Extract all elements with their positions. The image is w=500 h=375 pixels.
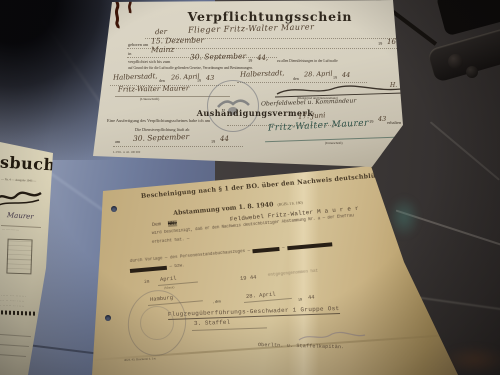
doc1-obligation-year-prefix: 19: [248, 58, 252, 63]
doc2-year: 44: [308, 293, 315, 301]
doc2-proof-pre: durch Vorlage — des Personenstandsbuchau…: [130, 249, 251, 263]
doc1-signature3-label: (Unterschrift): [325, 141, 343, 145]
doc2-redacted-text: XXXXXXXXXXXXXXXXX: [287, 242, 332, 250]
doc1-in-value: Mainz: [151, 45, 174, 54]
doc1-form-footer: L 2351. 4. 42. 100 000: [113, 150, 140, 154]
photo-of-documents: sbuch — Nr. 4 — Ausgabe 1943 — Maurer ··…: [0, 0, 500, 375]
doc1-den1: den: [159, 78, 165, 83]
doc2-dem-label: Dem: [152, 221, 162, 228]
doc1-small-print: auf Grund der für die Luftwaffe geltende…: [128, 66, 253, 70]
marble-vein: [430, 121, 500, 180]
doc1-obligation-tail: zu allen Dienstleistungen in der Luftwaf…: [277, 59, 338, 63]
doc1-born-year: 16: [387, 38, 396, 46]
booklet-title: sbuch: [0, 153, 56, 175]
doc2-redacted-text: XXXXXXXXXXXXXX: [130, 266, 167, 273]
doc1-place2: Halberstadt,: [240, 69, 285, 79]
doc2-proof-line1: durch Vorlage — des Personenstandsbuchau…: [130, 242, 332, 264]
doc1-obligation-value: 30. September: [190, 52, 246, 62]
doc2-redacted-text: XXXXXXXXXX: [252, 247, 279, 253]
doc2-den-label: , den: [213, 298, 221, 304]
doc1-expiry-year: 44: [220, 135, 229, 143]
eagle-stamp-inner: [140, 306, 174, 340]
doc1-expiry-year-prefix: 19: [211, 139, 215, 144]
booklet-barcode-row: [0, 310, 37, 315]
doc1-year2-prefix: 19: [333, 75, 337, 80]
doc1-expiry-date: 30. September: [133, 132, 189, 143]
doc2-title-reference: (RGBl. I S. 180): [277, 201, 302, 207]
doc2-proof-line2: XXXXXXXXXXXXXX — bzw.: [130, 264, 185, 273]
doc2-month-pre: im: [144, 280, 150, 285]
doc2-month-label: (Monat): [164, 285, 175, 290]
doc1-born-year-prefix: 19: [378, 41, 382, 46]
doc1-born-value: 15. Dezember: [151, 36, 204, 46]
booklet-footer-print: ··· ······ ·· ·····: [0, 304, 25, 309]
doc1-date2: 28. April: [304, 70, 333, 79]
wax-seal-marks: [111, 0, 141, 29]
booklet-ink-flourish: [0, 186, 43, 210]
booklet-print-line: ··· ···· ····· ···: [2, 228, 19, 233]
doc1-date1: 26. April: [171, 73, 200, 82]
doc2-unit-line1: Flugzeugüberführungs-Geschwader 1 Gruppe…: [168, 305, 340, 320]
doc2-month-post: entgegengenommen hat: [268, 270, 318, 278]
doc1-year2: 44: [342, 71, 350, 79]
doc2-body-line2: erbracht hat. —: [152, 238, 190, 245]
doc1-signature1-label: (Unterschrift): [140, 97, 159, 101]
doc2-unit-line2: 3. Staffel: [194, 319, 230, 327]
booklet-script-name: Maurer: [7, 211, 34, 221]
form-rule: [113, 145, 243, 147]
doc1-obligation-year: 44,: [257, 54, 268, 62]
doc1-intro-name: Flieger Fritz-Walter Maurer: [188, 22, 315, 34]
booklet-ledger-rule: [0, 353, 26, 357]
booklet-footer-print: ·· ····· ··· ·······: [0, 293, 26, 298]
doc2-proof-post: — bzw.: [169, 264, 184, 269]
doc2-unit2-underline: [192, 326, 267, 331]
doc1-handover-date: 17. Juni: [298, 111, 326, 120]
doc1-handover-year: 43: [378, 115, 386, 123]
doc2-struck-word: NN.: [168, 220, 178, 227]
booklet-ledger-rule: [0, 343, 29, 347]
doc1-title: Verpflichtungsschein: [185, 9, 355, 24]
metal-knob: [448, 54, 463, 69]
doc1-expiry-label: Die Dienstverpflichtung läuft ab: [135, 127, 189, 132]
doc1-handover-post: erhalten: [387, 120, 401, 125]
doc1-obligation-label: verpflichtet sich bis zum: [128, 59, 170, 64]
metal-knob: [466, 66, 478, 78]
doc1-handover-year-prefix: 19: [369, 119, 373, 124]
doc1-signature3: Fritz-Walter Maurer: [268, 118, 369, 133]
doc1-intro-pre: der: [155, 28, 167, 36]
booklet-grid-box: [6, 239, 32, 275]
doc1-handover-pre: Eine Ausfertigung des Verpflichtungssche…: [107, 118, 210, 123]
doc1-expiry-pre: am: [115, 139, 120, 144]
punch-hole: [111, 206, 117, 212]
punch-hole: [105, 315, 111, 321]
booklet-footer-print: ····· ·· ···· ·····: [0, 299, 25, 304]
doc2-year-prefix: 19: [298, 297, 302, 302]
document-verpflichtungsschein: Verpflichtungsschein der Flieger Fritz-W…: [85, 0, 420, 173]
booklet-ledger-rule: [0, 333, 31, 337]
metal-object-body: [427, 27, 500, 83]
booklet-print-line: — Nr. 4 — Ausgabe 1943 —: [1, 177, 36, 183]
doc1-place1: Halberstadt,: [113, 72, 158, 82]
doc1-year1-prefix: 19: [197, 78, 201, 83]
doc2-month-year: 19 44: [240, 274, 257, 282]
doc2-proof-dash: —: [282, 246, 285, 250]
document-bescheinigung: Bescheinigung nach § 1 der BO. über den …: [88, 160, 473, 375]
doc1-signature1: Fritz-Walter Maurer: [118, 84, 189, 93]
